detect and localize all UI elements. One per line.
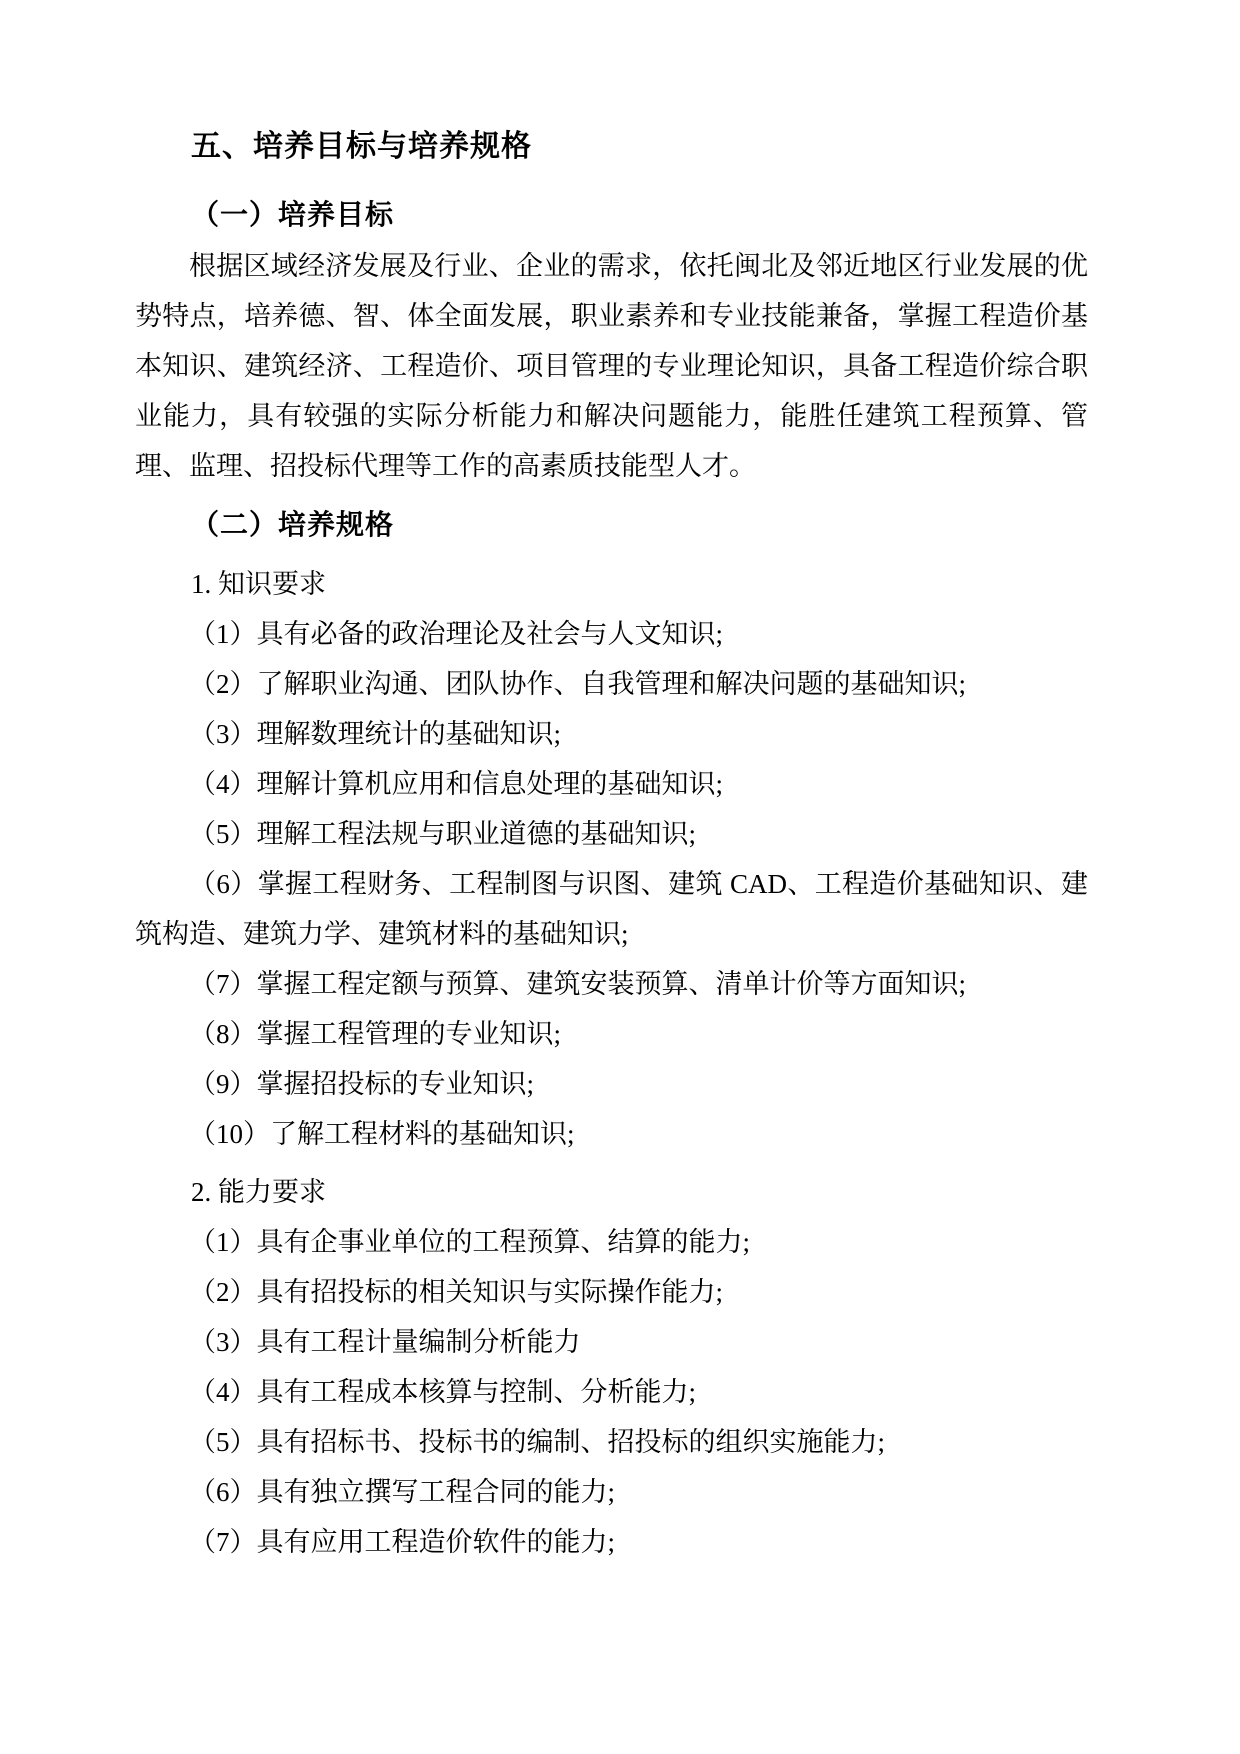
knowledge-item-8: （8）掌握工程管理的专业知识; [135, 1009, 1088, 1059]
document-title: 五、培养目标与培养规格 [135, 121, 1088, 173]
knowledge-item-7: （7）掌握工程定额与预算、建筑安装预算、清单计价等方面知识; [135, 959, 1088, 1009]
ability-item-4: （4）具有工程成本核算与控制、分析能力; [135, 1367, 1088, 1417]
knowledge-item-2: （2）了解职业沟通、团队协作、自我管理和解决问题的基础知识; [135, 659, 1088, 709]
knowledge-item-10: （10）了解工程材料的基础知识; [135, 1109, 1088, 1159]
knowledge-item-5: （5）理解工程法规与职业道德的基础知识; [135, 809, 1088, 859]
ability-item-3: （3）具有工程计量编制分析能力 [135, 1317, 1088, 1367]
knowledge-item-9: （9）掌握招投标的专业知识; [135, 1059, 1088, 1109]
ability-requirements-subheading: 2. 能力要求 [135, 1167, 1088, 1217]
knowledge-item-1: （1）具有必备的政治理论及社会与人文知识; [135, 609, 1088, 659]
ability-item-6: （6）具有独立撰写工程合同的能力; [135, 1467, 1088, 1517]
ability-item-1: （1）具有企事业单位的工程预算、结算的能力; [135, 1217, 1088, 1267]
training-objective-paragraph: 根据区域经济发展及行业、企业的需求，依托闽北及邻近地区行业发展的优势特点，培养德… [135, 241, 1088, 491]
section-objective-heading: （一）培养目标 [135, 191, 1088, 241]
knowledge-item-3: （3）理解数理统计的基础知识; [135, 709, 1088, 759]
knowledge-requirements-subheading: 1. 知识要求 [135, 559, 1088, 609]
ability-item-5: （5）具有招标书、投标书的编制、招投标的组织实施能力; [135, 1417, 1088, 1467]
knowledge-item-6: （6）掌握工程财务、工程制图与识图、建筑 CAD、工程造价基础知识、建筑构造、建… [135, 859, 1088, 959]
ability-item-7: （7）具有应用工程造价软件的能力; [135, 1517, 1088, 1567]
document-page: 五、培养目标与培养规格 （一）培养目标 根据区域经济发展及行业、企业的需求，依托… [0, 0, 1240, 1754]
ability-item-2: （2）具有招投标的相关知识与实际操作能力; [135, 1267, 1088, 1317]
section-specification-heading: （二）培养规格 [135, 501, 1088, 551]
knowledge-item-4: （4）理解计算机应用和信息处理的基础知识; [135, 759, 1088, 809]
